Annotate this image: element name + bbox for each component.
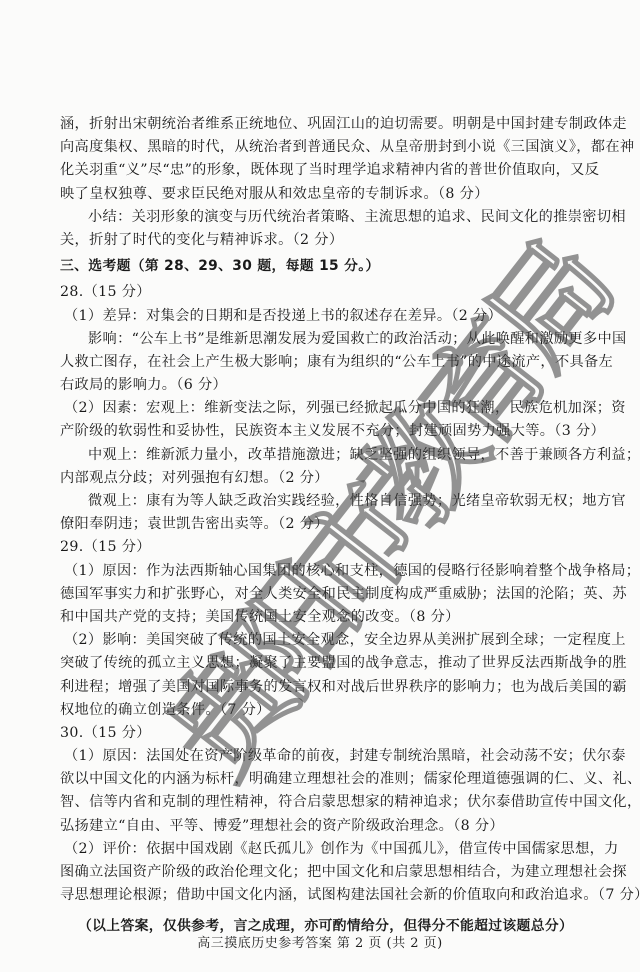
q30-p1-line: 欲以中国文化的内涵为标杆，明确建立理想社会的准则；儒家伦理道德强调的仁、义、礼、 xyxy=(60,768,580,791)
q30-p1-line: 智、信等内省和克制的理性精神，符合启蒙思想家的精神追求；伏尔泰借助宣传中国文化， xyxy=(60,791,580,814)
summary-line: 小结：关羽形象的演变与历代统治者策略、主流思想的追求、民间文化的推崇密切相 xyxy=(60,206,580,229)
section-heading: 三、选考题（第 28、29、30 题，每题 15 分。） xyxy=(60,255,580,278)
q29-p1-line: 和中国共产党的支持；美国传统国土安全观念的改变。（8 分） xyxy=(60,606,580,629)
q30-p1-line: 弘扬建立“自由、平等、博爱”理想社会的资产阶级政治理念。（8 分） xyxy=(60,815,580,838)
text-line: 向高度集权、黑暗的时代，从统治者到普通民众、从皇帝册封到小说《三国演义》，都在神 xyxy=(60,136,580,159)
q29-title: 29.（15 分） xyxy=(60,536,580,559)
q28-macro-line: （2）因素：宏观上：维新变法之际，列强已经掀起瓜分中国的狂潮，民族危机加深；资 xyxy=(60,397,580,420)
summary-line: 关，折射了时代的变化与精神诉求。（2 分） xyxy=(60,229,580,252)
text-line: 映了皇权独尊、要求臣民绝对服从和效忠皇帝的专制诉求。（8 分） xyxy=(60,183,580,206)
q28-diff: （1）差异：对集会的日期和是否投递上书的叙述存在差异。（2 分） xyxy=(60,305,580,328)
page-footer: 高三摸底历史参考答案 第 2 页 (共 2 页) xyxy=(0,932,640,951)
q29-p2-line: （2）影响：美国突破了传统的国土安全观念，安全边界从美洲扩展到全球；一定程度上 xyxy=(60,629,580,652)
q30-p2-line: 寻思想理论根源；借助中国文化内涵，试图构建法国社会新的价值取向和政治追求。（7 … xyxy=(60,884,580,907)
q28-macro-line: 产阶级的软弱性和妥协性，民族资本主义发展不充分；封建顽固势力强大等。（3 分） xyxy=(60,420,580,443)
q28-title: 28.（15 分） xyxy=(60,281,580,304)
q28-meso-line: 内部观点分歧；对列强抱有幻想。（2 分） xyxy=(60,467,580,490)
q28-impact-line: 人救亡图存，在社会上产生极大影响；康有为组织的“公车上书”的中途流产，不具备左 xyxy=(60,351,580,374)
q29-p1-line: 德国军事实力和扩张野心，对全人类安全和民主制度构成严重威胁；法国的沦陷；英、苏 xyxy=(60,583,580,606)
q29-p2-line: 权地位的确立创造条件。（7 分） xyxy=(60,699,580,722)
answer-key-page: 涵，折射出宋朝统治者维系正统地位、巩固江山的迫切需要。明朝是中国封建专制政体走 … xyxy=(60,113,580,939)
q30-p2-line: （2）评价：依据中国戏剧《赵氏孤儿》创作为《中国孤儿》，借宣传中国儒家思想，力 xyxy=(60,838,580,861)
q29-p2-line: 利进程；增强了美国对国际事务的发言权和对战后世界秩序的影响力；也为战后美国的霸 xyxy=(60,676,580,699)
text-line: 涵，折射出宋朝统治者维系正统地位、巩固江山的迫切需要。明朝是中国封建专制政体走 xyxy=(60,113,580,136)
q30-p1-line: （1）原因：法国处在资产阶级革命的前夜，封建专制统治黑暗，社会动荡不安；伏尔泰 xyxy=(60,745,580,768)
q28-micro-line: 僚阳奉阴违；袁世凯告密出卖等。（2 分） xyxy=(60,513,580,536)
q30-p2-line: 图确立法国资产阶级的政治伦理文化；把中国文化和启蒙思想相结合，为建立理想社会探 xyxy=(60,861,580,884)
text-line: 化关羽重“义”尽“忠”的形象，既体现了当时理学追求精神内省的普世价值取向，又反 xyxy=(60,159,580,182)
q28-impact-line: 影响：“公车上书”是维新思潮发展为爱国救亡的政治活动；从此唤醒和激励更多中国 xyxy=(60,328,580,351)
q30-title: 30.（15 分） xyxy=(60,722,580,745)
q28-impact-line: 右政局的影响力。（6 分） xyxy=(60,374,580,397)
q28-micro-line: 微观上：康有为等人缺乏政治实践经验，性格自信强势；光绪皇帝软弱无权；地方官 xyxy=(60,490,580,513)
q29-p1-line: （1）原因：作为法西斯轴心国集团的核心和支柱，德国的侵略行径影响着整个战争格局； xyxy=(60,560,580,583)
q28-meso-line: 中观上：维新派力量小，改革措施激进；缺乏坚强的组织领导，不善于兼顾各方利益； xyxy=(60,444,580,467)
q29-p2-line: 突破了传统的孤立主义思想；凝聚了主要盟国的战争意志，推动了世界反法西斯战争的胜 xyxy=(60,652,580,675)
